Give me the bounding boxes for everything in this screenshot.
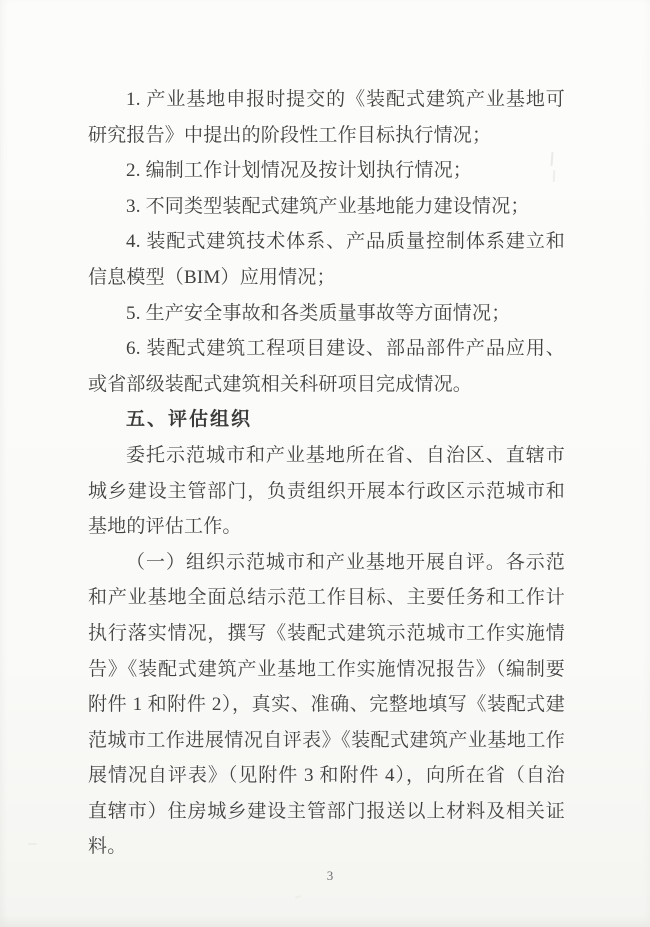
document-line: 基地的评估工作。 — [88, 509, 565, 545]
document-line: 或省部级装配式建筑相关科研项目完成情况。 — [88, 367, 565, 403]
document-line: 范城市工作进展情况自评表》《装配式建筑产业基地工作进 — [88, 723, 565, 759]
document-page: 1. 产业基地申报时提交的《装配式建筑产业基地可行性 研究报告》中提出的阶段性工… — [0, 0, 650, 927]
document-line: 料。 — [88, 829, 565, 865]
document-body: 1. 产业基地申报时提交的《装配式建筑产业基地可行性 研究报告》中提出的阶段性工… — [88, 82, 565, 865]
document-line: 5. 生产安全事故和各类质量事故等方面情况； — [88, 296, 565, 332]
scan-artifact — [295, 895, 301, 899]
section-heading: 五、评估组织 — [88, 402, 565, 438]
document-line: 直辖市）住房城乡建设主管部门报送以上材料及相关证明材 — [88, 794, 565, 830]
document-line: 和产业基地全面总结示范工作目标、主要任务和工作计划的 — [88, 580, 565, 616]
document-line: 委托示范城市和产业基地所在省、自治区、直辖市住房 — [88, 438, 565, 474]
scan-artifact — [28, 843, 37, 845]
document-line: 展情况自评表》（见附件 3 和附件 4），向所在省（自治区、 — [88, 758, 565, 794]
document-line: 城乡建设主管部门，负责组织开展本行政区示范城市和产业 — [88, 474, 565, 510]
document-line: 信息模型（BIM）应用情况； — [88, 260, 565, 296]
document-line: 执行落实情况，撰写《装配式建筑示范城市工作实施情况报 — [88, 616, 565, 652]
document-line: 告》《装配式建筑产业基地工作实施情况报告》（编制要点见 — [88, 652, 565, 688]
document-line: 1. 产业基地申报时提交的《装配式建筑产业基地可行性 — [88, 82, 565, 118]
document-line: （一）组织示范城市和产业基地开展自评。各示范城市 — [88, 545, 565, 581]
document-line: 3. 不同类型装配式建筑产业基地能力建设情况； — [88, 189, 565, 225]
document-line: 4. 装配式建筑技术体系、产品质量控制体系建立和建筑 — [88, 224, 565, 260]
page-number: 3 — [0, 868, 650, 884]
document-line: 2. 编制工作计划情况及按计划执行情况； — [88, 153, 565, 189]
scan-artifact — [553, 170, 555, 182]
document-line: 6. 装配式建筑工程项目建设、部品部件产品应用、国家 — [88, 331, 565, 367]
document-line: 研究报告》中提出的阶段性工作目标执行情况； — [88, 118, 565, 154]
document-line: 附件 1 和附件 2），真实、准确、完整地填写《装配式建筑示 — [88, 687, 565, 723]
